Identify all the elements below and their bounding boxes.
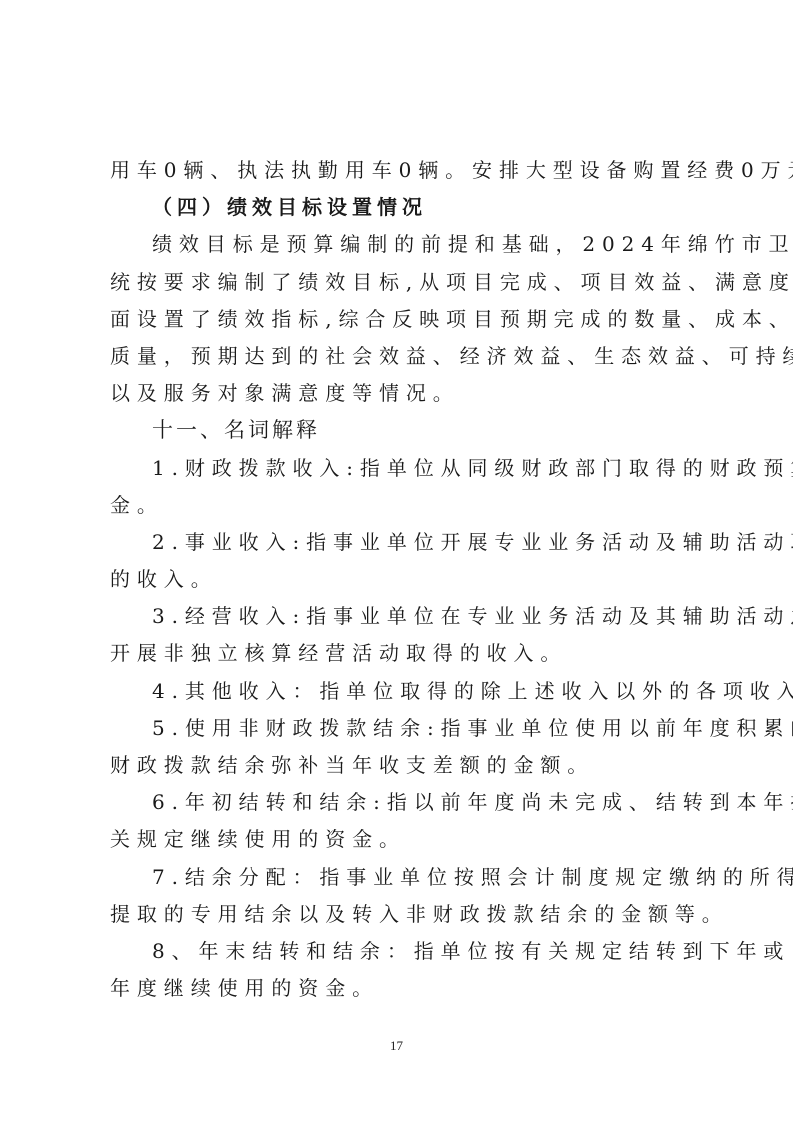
glossary-item-line: 7.结余分配：指事业单位按照会计制度规定缴纳的所得税、	[110, 859, 698, 896]
glossary-item-line: 财政拨款结余弥补当年收支差额的金额。	[110, 747, 698, 784]
glossary-item-line: 6.年初结转和结余:指以前年度尚未完成、结转到本年按有	[110, 784, 698, 821]
paragraph-line: 用车0辆、执法执勤用车0辆。安排大型设备购置经费0万元。	[110, 152, 698, 189]
paragraph-line: 面设置了绩效指标,综合反映项目预期完成的数量、成本、时效、	[110, 301, 698, 338]
paragraph-line: 绩效目标是预算编制的前提和基础，2024年绵竹市卫健系	[110, 226, 698, 263]
glossary-item-line: 金。	[110, 487, 698, 524]
section-heading-performance-goals: （四）绩效目标设置情况	[110, 189, 698, 226]
glossary-item-line: 2.事业收入:指事业单位开展专业业务活动及辅助活动取得	[110, 524, 698, 561]
glossary-item-line: 5.使用非财政拨款结余:指事业单位使用以前年度积累的非	[110, 710, 698, 747]
paragraph-line: 质量，预期达到的社会效益、经济效益、生态效益、可持续影响	[110, 338, 698, 375]
glossary-item-line: 年度继续使用的资金。	[110, 970, 698, 1007]
glossary-item-line: 提取的专用结余以及转入非财政拨款结余的金额等。	[110, 896, 698, 933]
glossary-item-line: 开展非独立核算经营活动取得的收入。	[110, 635, 698, 672]
glossary-item-line: 关规定继续使用的资金。	[110, 821, 698, 858]
paragraph-line: 统按要求编制了绩效目标,从项目完成、项目效益、满意度等方	[110, 264, 698, 301]
glossary-item-line: 3.经营收入:指事业单位在专业业务活动及其辅助活动之外	[110, 598, 698, 635]
section-heading-glossary: 十一、名词解释	[110, 412, 698, 449]
glossary-item-line: 8、年末结转和结余：指单位按有关规定结转到下年或以后	[110, 933, 698, 970]
glossary-item-line: 的收入。	[110, 561, 698, 598]
glossary-item-line: 4.其他收入：指单位取得的除上述收入以外的各项收入。	[110, 673, 698, 710]
page-number: 17	[0, 1038, 793, 1054]
paragraph-line: 以及服务对象满意度等情况。	[110, 375, 698, 412]
document-body: 用车0辆、执法执勤用车0辆。安排大型设备购置经费0万元。 （四）绩效目标设置情况…	[110, 152, 698, 1007]
glossary-item-line: 1.财政拨款收入:指单位从同级财政部门取得的财政预算资	[110, 450, 698, 487]
